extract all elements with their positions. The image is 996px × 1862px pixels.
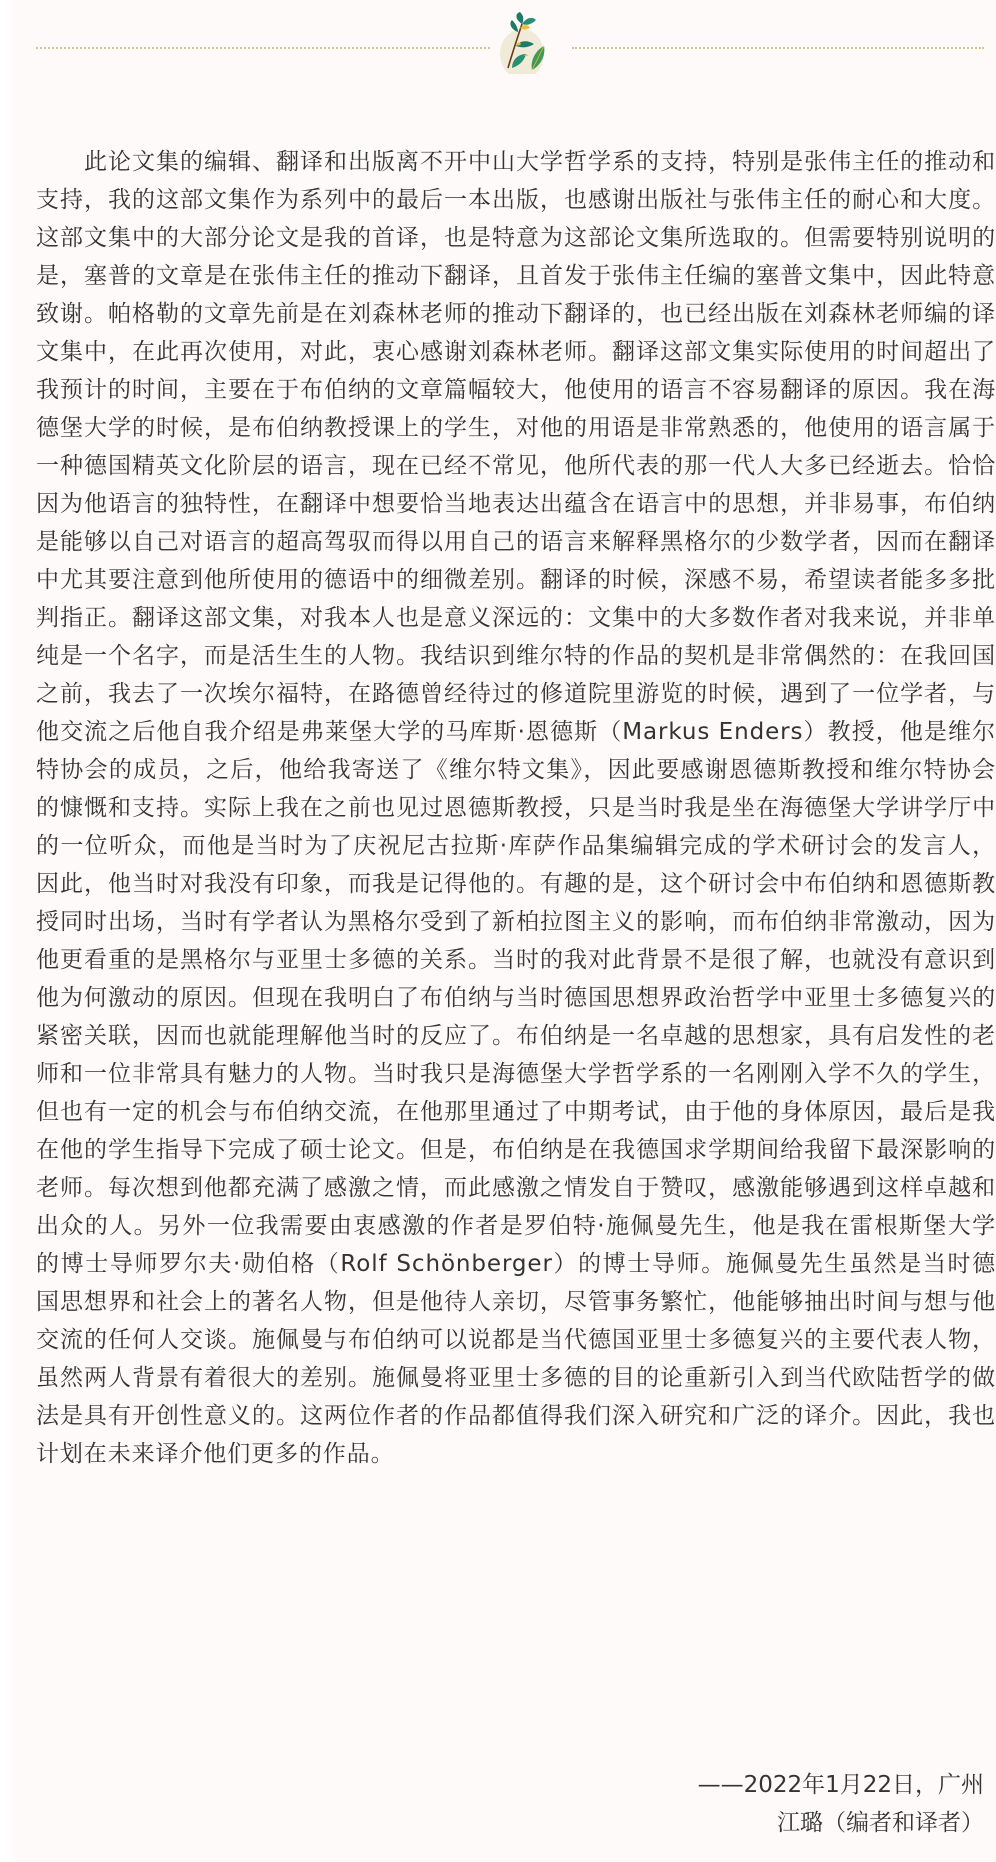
header-divider-right (572, 47, 984, 49)
header-divider-left (36, 47, 490, 49)
signature-date-place: ——2022年1月22日，广州 (698, 1766, 984, 1799)
document-page: 此论文集的编辑、翻译和出版离不开中山大学哲学系的支持，特别是张伟主任的推动和支持… (12, 0, 996, 1861)
leaf-branch-icon (494, 10, 554, 74)
signature-author: 江璐（编者和译者） (777, 1804, 984, 1837)
preface-paragraph: 此论文集的编辑、翻译和出版离不开中山大学哲学系的支持，特别是张伟主任的推动和支持… (36, 143, 996, 1473)
